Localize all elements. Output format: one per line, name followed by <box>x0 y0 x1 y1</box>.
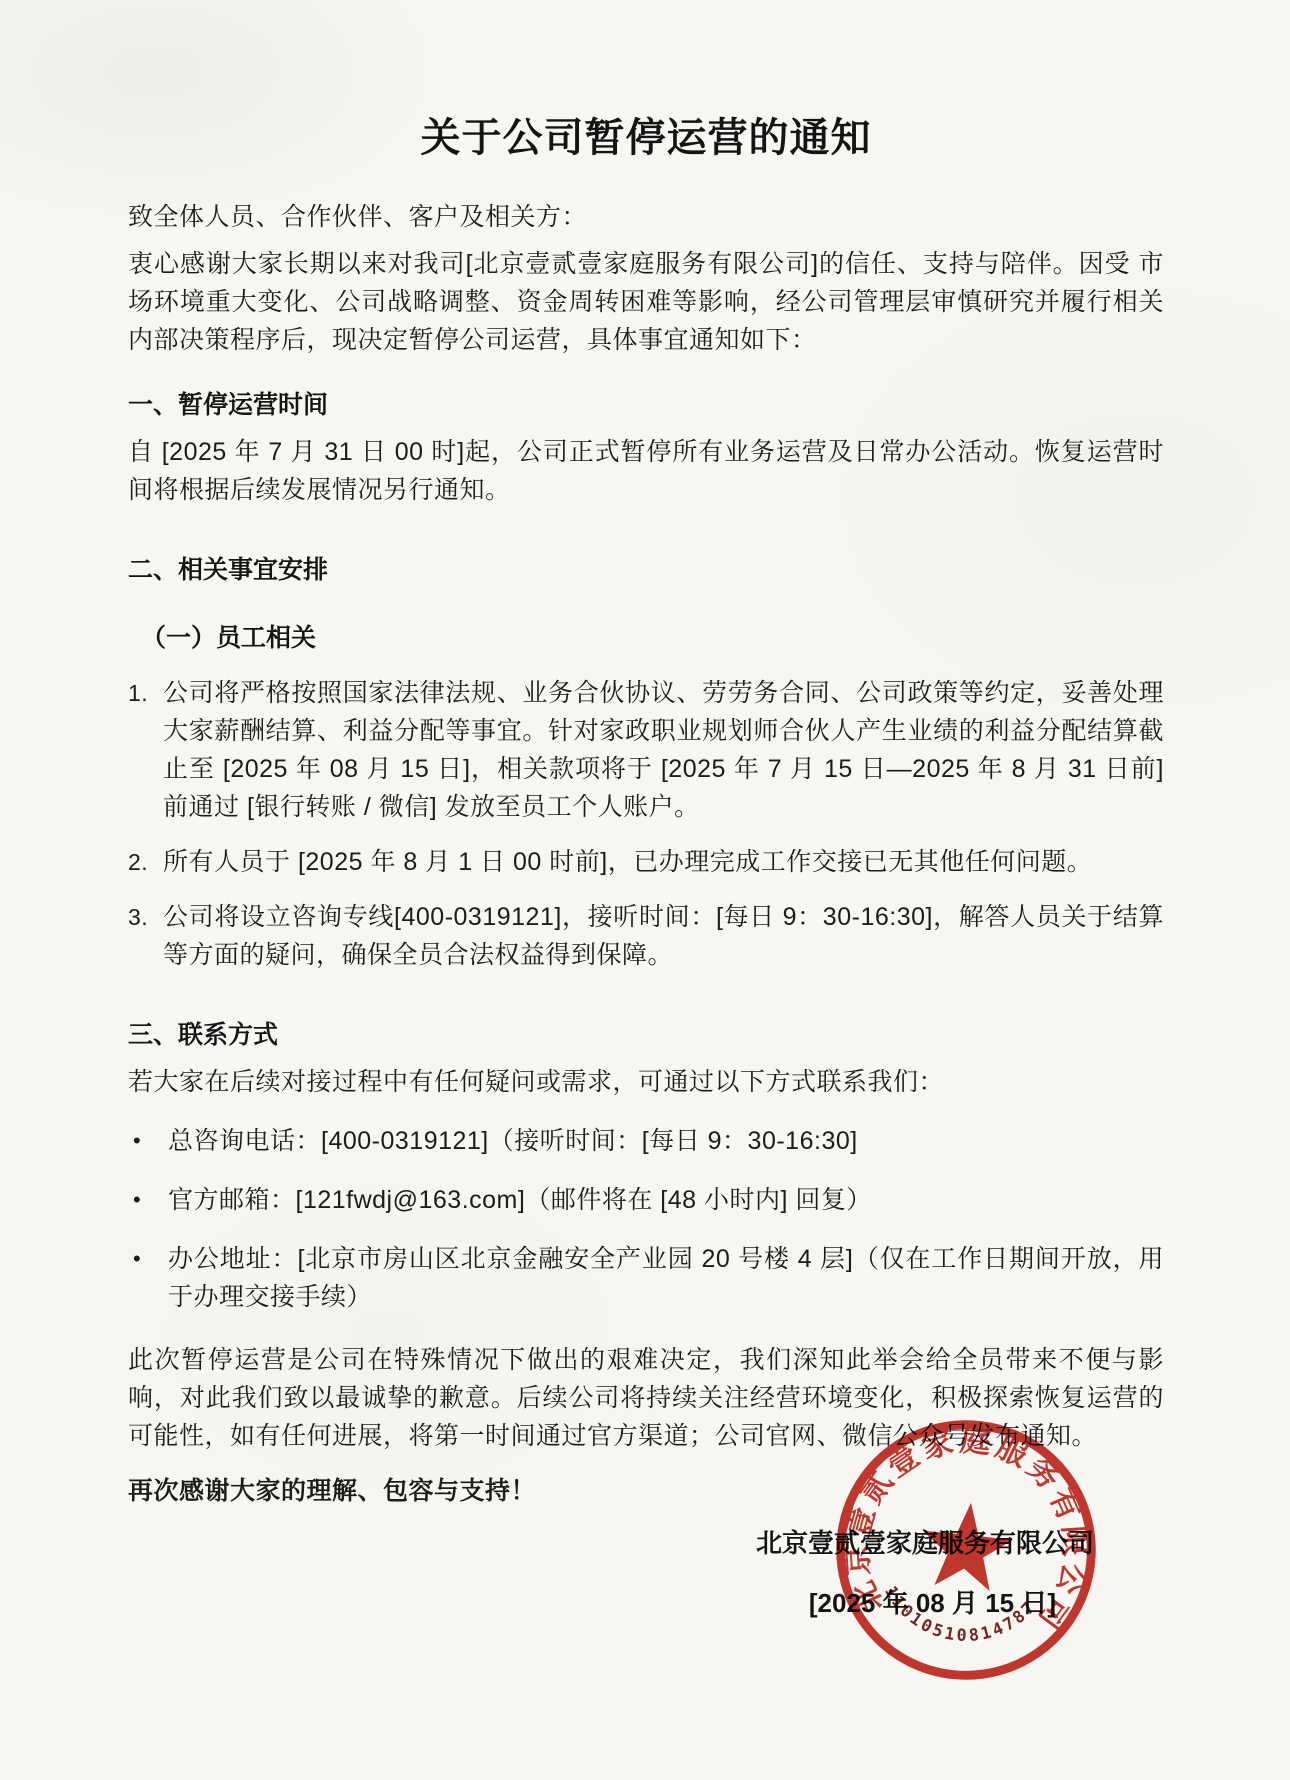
document-content: 关于公司暂停运营的通知 致全体人员、合作伙伴、客户及相关方： 衷心感谢大家长期以… <box>128 0 1164 1622</box>
bullet-icon: • <box>128 1122 168 1160</box>
list-item: 3. 公司将设立咨询专线[400-0319121]，接听时间：[每日 9：30-… <box>128 898 1164 974</box>
section-2-heading: 二、相关事宜安排 <box>128 551 1164 589</box>
list-item: • 办公地址：[北京市房山区北京金融安全产业园 20 号楼 4 层]（仅在工作日… <box>128 1240 1164 1316</box>
salutation-line: 致全体人员、合作伙伴、客户及相关方： <box>128 198 1164 236</box>
bullet-icon: • <box>128 1181 168 1219</box>
section-3-lead: 若大家在后续对接过程中有任何疑问或需求，可通过以下方式联系我们： <box>128 1063 1164 1101</box>
section-3-heading: 三、联系方式 <box>128 1016 1164 1054</box>
section-2-subheading: （一）员工相关 <box>128 619 1164 657</box>
list-item: 1. 公司将严格按照国家法律法规、业务合伙协议、劳劳务合同、公司政策等约定，妥善… <box>128 674 1164 826</box>
contact-bullet-list: • 总咨询电话：[400-0319121]（接听时间：[每日 9：30-16:3… <box>128 1122 1164 1316</box>
contact-phone-text: 总咨询电话：[400-0319121]（接听时间：[每日 9：30-16:30] <box>168 1122 1164 1160</box>
list-item-number: 1. <box>128 674 163 826</box>
list-item-number: 2. <box>128 843 163 881</box>
intro-paragraph: 衷心感谢大家长期以来对我司[北京壹贰壹家庭服务有限公司]的信任、支持与陪伴。因受… <box>128 245 1164 359</box>
contact-address-text: 办公地址：[北京市房山区北京金融安全产业园 20 号楼 4 层]（仅在工作日期间… <box>168 1240 1164 1316</box>
list-item-text: 公司将严格按照国家法律法规、业务合伙协议、劳劳务合同、公司政策等约定，妥善处理大… <box>163 674 1164 826</box>
list-item: • 总咨询电话：[400-0319121]（接听时间：[每日 9：30-16:3… <box>128 1122 1164 1160</box>
section-1-body: 自 [2025 年 7 月 31 日 00 时]起，公司正式暂停所有业务运营及日… <box>128 433 1164 509</box>
list-item-text: 所有人员于 [2025 年 8 月 1 日 00 时前]，已办理完成工作交接已无… <box>163 843 1164 881</box>
contact-email-text: 官方邮箱：[121fwdj@163.com]（邮件将在 [48 小时内] 回复） <box>168 1181 1164 1219</box>
list-item-number: 3. <box>128 898 163 974</box>
list-item-text: 公司将设立咨询专线[400-0319121]，接听时间：[每日 9：30-16:… <box>163 898 1164 974</box>
scanned-notice-page: 关于公司暂停运营的通知 致全体人员、合作伙伴、客户及相关方： 衷心感谢大家长期以… <box>0 0 1290 1780</box>
bullet-icon: • <box>128 1240 168 1316</box>
page-title: 关于公司暂停运营的通知 <box>128 112 1164 164</box>
list-item: 2. 所有人员于 [2025 年 8 月 1 日 00 时前]，已办理完成工作交… <box>128 843 1164 881</box>
list-item: • 官方邮箱：[121fwdj@163.com]（邮件将在 [48 小时内] 回… <box>128 1181 1164 1219</box>
seal-registration-number: 11010510814787 <box>876 1581 1041 1653</box>
seal-star-icon <box>917 1498 1016 1593</box>
section-1-heading: 一、暂停运营时间 <box>128 386 1164 424</box>
company-seal-stamp: 北京壹贰壹家庭服务有限公司 11010510814787 <box>818 1402 1114 1698</box>
employee-items-list: 1. 公司将严格按照国家法律法规、业务合伙协议、劳劳务合同、公司政策等约定，妥善… <box>128 674 1164 974</box>
